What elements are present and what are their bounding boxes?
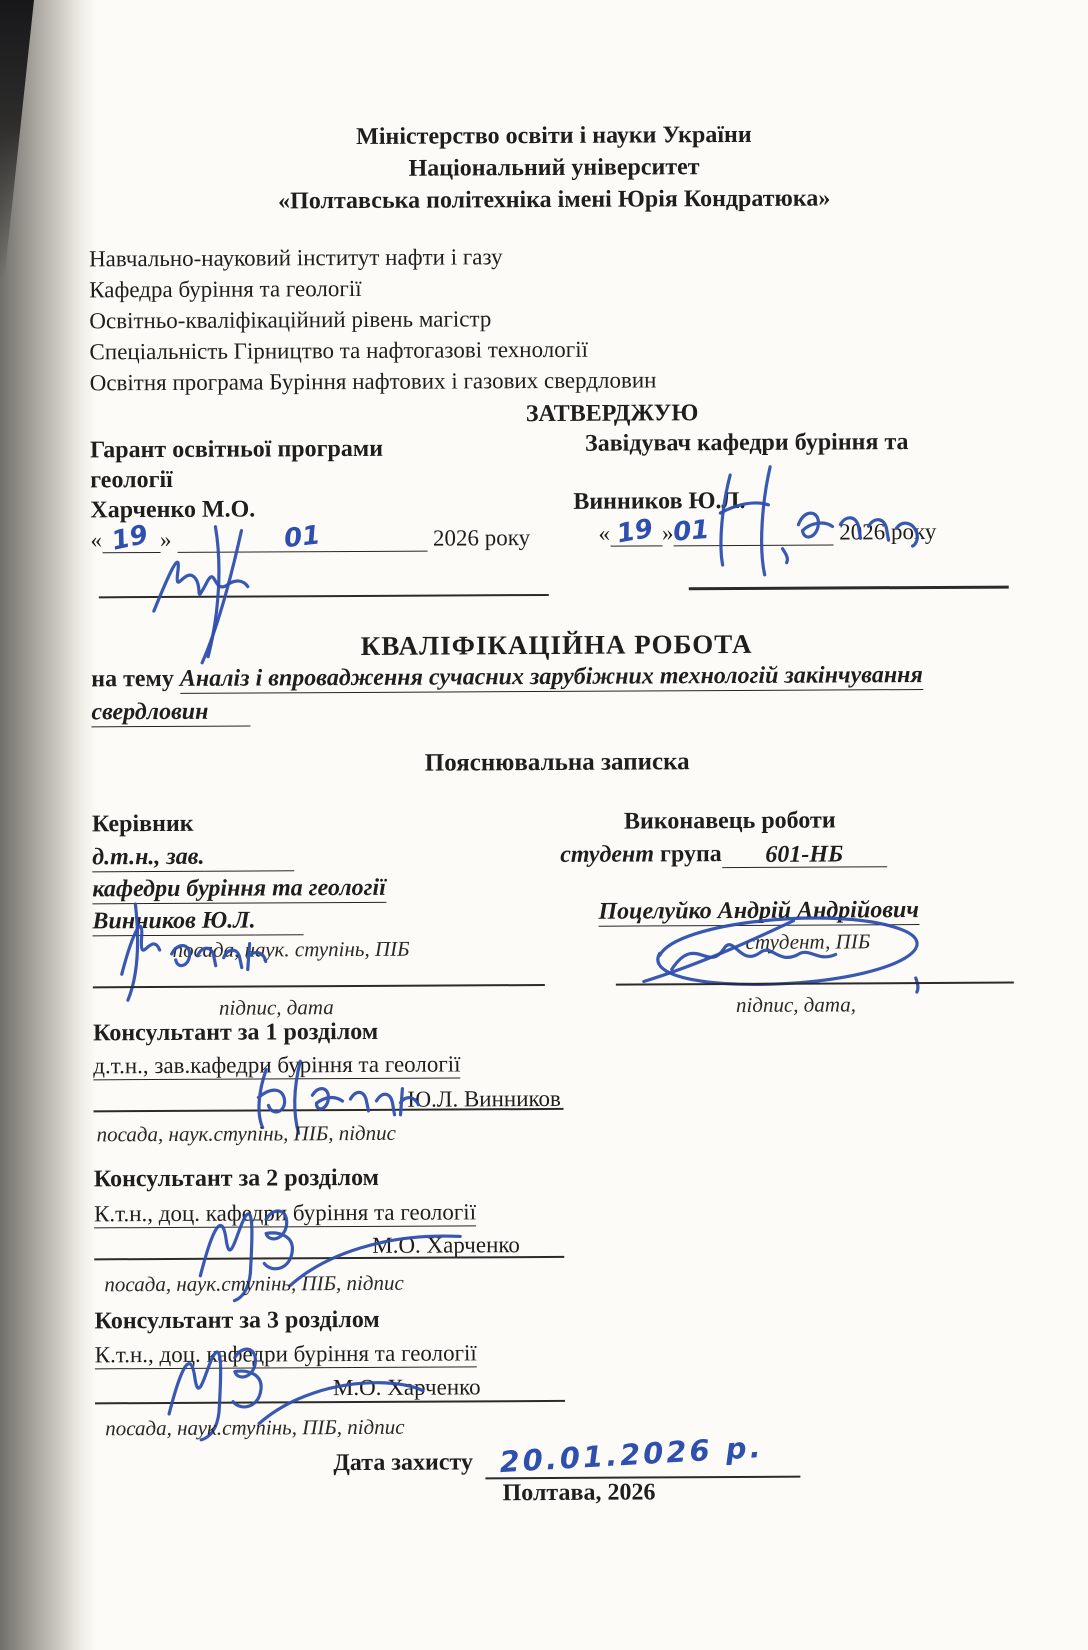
consultant-1-caption: посада, наук.ступінь, ПІБ, підпис xyxy=(97,1121,396,1147)
consultant-3-heading: Консультант за 3 розділом xyxy=(95,1306,380,1336)
consultant-1-heading: Консультант за 1 розділом xyxy=(93,1018,378,1048)
student-group-row: студент група601-НБ xyxy=(560,839,887,869)
day-blank: 19 xyxy=(610,520,662,547)
page-content: Міністерство освіти і науки України Наці… xyxy=(0,0,1088,1650)
defense-date-label: Дата захисту xyxy=(333,1448,473,1477)
institute-line: Навчально-науковий інститут нафти і газу xyxy=(89,243,503,272)
day-value: 19 xyxy=(615,514,656,551)
guarantor-role-cont: геології xyxy=(90,466,173,495)
topic-label: на тему xyxy=(91,666,174,692)
work-type-title: КВАЛІФІКАЦІЙНА РОБОТА xyxy=(89,627,1024,664)
supervisor-caption-sig: підпис, дата xyxy=(219,995,334,1020)
open-quote: « xyxy=(90,527,102,552)
guarantor-role: Гарант освітньої програми xyxy=(90,435,383,465)
group-blank: 601-НБ xyxy=(722,841,887,869)
executor-label: Виконавець роботи xyxy=(624,806,836,835)
approve-stamp: ЗАТВЕРДЖУЮ xyxy=(526,399,699,428)
scanned-title-page: Міністерство освіти і науки України Наці… xyxy=(0,0,1088,1650)
consultant-2-heading: Консультант за 2 розділом xyxy=(94,1164,379,1194)
specialty-line: Спеціальність Гірництво та нафтогазові т… xyxy=(89,336,588,366)
topic-line-cont: свердловин xyxy=(91,698,250,728)
supervisor-position-blank xyxy=(204,845,294,872)
topic-text: Аналіз і впровадження сучасних зарубіжни… xyxy=(180,662,923,694)
group-value: 601-НБ xyxy=(765,842,843,868)
dept-head-signature-ink xyxy=(686,460,932,591)
consultant-3-caption: посада, наук.ступінь, ПІБ, підпис xyxy=(105,1415,404,1441)
defense-date-value: 20.01.2026 р. xyxy=(499,1430,765,1479)
level-line: Освітньо-кваліфікаційний рівень магістр xyxy=(89,305,491,334)
program-line: Освітня програма Буріння нафтових і газо… xyxy=(90,366,657,396)
topic-trailing-blank xyxy=(208,700,250,727)
year-label: 2026 року xyxy=(433,525,530,551)
supervisor-position-2: кафедри буріння та геології xyxy=(92,874,386,904)
supervisor-position-2-text: кафедри буріння та геології xyxy=(92,875,386,905)
open-quote: « xyxy=(598,521,610,546)
supervisor-position-text: д.т.н., зав. xyxy=(92,844,204,873)
topic-line: на тему Аналіз і впровадження сучасних з… xyxy=(91,661,923,694)
topic-text-cont: свердловин xyxy=(91,699,208,728)
explanatory-note-subtitle: Пояснювальна записка xyxy=(90,745,1025,779)
supervisor-position-1: д.т.н., зав. xyxy=(92,842,294,872)
consultant-2-caption: посада, наук.ступінь, ПІБ, підпис xyxy=(104,1271,403,1297)
supervisor-label: Керівник xyxy=(92,810,194,839)
university-line: Національний університет xyxy=(86,151,1021,184)
university-name-line: «Полтавська політехніка імені Юрія Кондр… xyxy=(87,183,1022,216)
ministry-line: Міністерство освіти і науки України xyxy=(86,119,1021,152)
department-line: Кафедра буріння та геології xyxy=(89,275,362,304)
group-label: група xyxy=(660,841,722,867)
dept-head-role: Завідувач кафедри буріння та xyxy=(585,428,909,458)
city-year: Полтава, 2026 xyxy=(111,1476,1046,1509)
student-label: студент xyxy=(560,841,654,867)
executor-caption-sig: підпис, дата, xyxy=(736,992,856,1017)
